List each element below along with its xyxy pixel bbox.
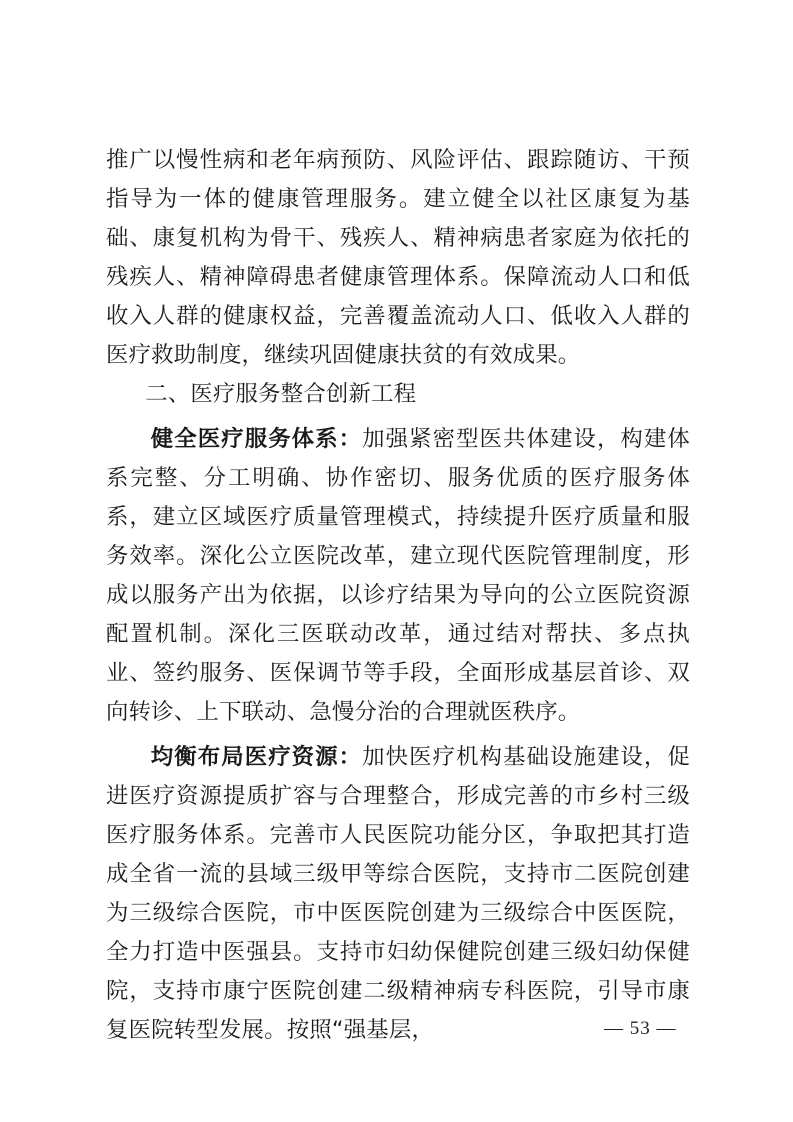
- paragraph-text: 加快医疗机构基础设施建设，促进医疗资源提质扩容与合理整合，形成完善的市乡村三级医…: [106, 744, 690, 1043]
- document-page: 推广以慢性病和老年病预防、风险评估、跟踪随访、干预指导为一体的健康管理服务。建立…: [106, 141, 690, 1050]
- section-heading-text: 二、医疗服务整合创新工程: [145, 381, 416, 407]
- paragraph-bold-title: 均衡布局医疗资源：: [151, 744, 362, 770]
- paragraph-text: 加强紧密型医共体建设，构建体系完整、分工明确、协作密切、服务优质的医疗服务体系，…: [106, 426, 690, 725]
- paragraph-medical-resources: 均衡布局医疗资源：加快医疗机构基础设施建设，促进医疗资源提质扩容与合理整合，形成…: [106, 738, 690, 1050]
- section-heading: 二、医疗服务整合创新工程: [106, 375, 690, 414]
- paragraph-text: 推广以慢性病和老年病预防、风险评估、跟踪随访、干预指导为一体的健康管理服务。建立…: [106, 147, 690, 368]
- paragraph-bold-title: 健全医疗服务体系：: [151, 426, 362, 452]
- paragraph-health-management: 推广以慢性病和老年病预防、风险评估、跟踪随访、干预指导为一体的健康管理服务。建立…: [106, 141, 690, 375]
- page-number: — 53 —: [604, 1018, 677, 1040]
- paragraph-medical-service-system: 健全医疗服务体系：加强紧密型医共体建设，构建体系完整、分工明确、协作密切、服务优…: [106, 420, 690, 732]
